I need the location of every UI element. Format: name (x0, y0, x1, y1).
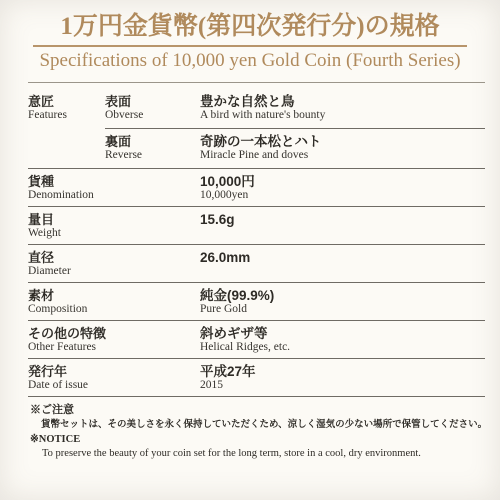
value-cell: 15.6g (200, 212, 485, 240)
label-cell: 発行年 Date of issue (28, 364, 200, 392)
label-english: Diameter (28, 265, 200, 278)
value-english: Miracle Pine and doves (200, 149, 485, 162)
header: 1万円金貨幣(第四次発行分)の規格 Specifications of 10,0… (0, 10, 500, 73)
label-english: Denomination (28, 189, 200, 202)
label-english: Composition (28, 303, 200, 316)
table-row-denomination: 貨種 Denomination 10,000円 10,000yen (28, 169, 485, 207)
label-cell: 量目 Weight (28, 212, 200, 240)
value-english: 2015 (200, 379, 485, 392)
sub-row-obverse: 表面 Obverse 豊かな自然と鳥 A bird with nature's … (105, 83, 485, 128)
value-cell: 平成27年 2015 (200, 364, 485, 392)
value-japanese: 奇跡の一本松とハト (200, 134, 485, 149)
label-japanese: 量目 (28, 212, 200, 227)
table-row-composition: 素材 Composition 純金(99.9%) Pure Gold (28, 283, 485, 321)
side-label-cell: 表面 Obverse (105, 94, 200, 122)
label-english: Other Features (28, 341, 200, 354)
value-japanese: 15.6g (200, 212, 485, 227)
value-japanese: 豊かな自然と鳥 (200, 94, 485, 109)
value-japanese: 26.0mm (200, 250, 485, 265)
side-label-cell: 裏面 Reverse (105, 134, 200, 162)
value-cell: 斜めギザ等 Helical Ridges, etc. (200, 326, 485, 354)
side-japanese: 裏面 (105, 134, 200, 149)
value-japanese: 純金(99.9%) (200, 288, 485, 303)
value-cell: 豊かな自然と鳥 A bird with nature's bounty (200, 94, 485, 122)
table-row-other-features: その他の特徴 Other Features 斜めギザ等 Helical Ridg… (28, 321, 485, 359)
value-cell: 奇跡の一本松とハト Miracle Pine and doves (200, 134, 485, 162)
value-english: A bird with nature's bounty (200, 109, 485, 122)
side-japanese: 表面 (105, 94, 200, 109)
features-label-cell: 意匠 Features (28, 83, 105, 168)
label-japanese: 素材 (28, 288, 200, 303)
label-english: Weight (28, 227, 200, 240)
side-english: Obverse (105, 109, 200, 122)
label-cell: 貨種 Denomination (28, 174, 200, 202)
label-cell: 素材 Composition (28, 288, 200, 316)
title-underline (33, 45, 467, 47)
value-cell: 26.0mm (200, 250, 485, 278)
label-english: Date of issue (28, 379, 200, 392)
label-cell: 直径 Diameter (28, 250, 200, 278)
label-cell: その他の特徴 Other Features (28, 326, 200, 354)
coin-spec-sheet: 1万円金貨幣(第四次発行分)の規格 Specifications of 10,0… (0, 0, 500, 500)
value-cell: 10,000円 10,000yen (200, 174, 485, 202)
value-english: 10,000yen (200, 189, 485, 202)
notice-section: ※ご注意 貨幣セットは、その美しさを永く保持していただくため、涼しく湿気の少ない… (30, 404, 485, 460)
table-row-features: 意匠 Features 表面 Obverse 豊かな自然と鳥 A bird wi… (28, 83, 485, 169)
sub-row-reverse: 裏面 Reverse 奇跡の一本松とハト Miracle Pine and do… (105, 128, 485, 168)
notice-title-japanese: ※ご注意 (30, 404, 485, 417)
spec-table: 意匠 Features 表面 Obverse 豊かな自然と鳥 A bird wi… (28, 82, 485, 397)
notice-body-english: To preserve the beauty of your coin set … (42, 447, 485, 460)
side-english: Reverse (105, 149, 200, 162)
table-row-diameter: 直径 Diameter 26.0mm (28, 245, 485, 283)
table-row-date-of-issue: 発行年 Date of issue 平成27年 2015 (28, 359, 485, 397)
label-japanese: 直径 (28, 250, 200, 265)
page-title-japanese: 1万円金貨幣(第四次発行分)の規格 (0, 10, 500, 44)
value-japanese: 10,000円 (200, 174, 485, 189)
label-english: Features (28, 109, 105, 122)
value-english: Pure Gold (200, 303, 485, 316)
value-japanese: 平成27年 (200, 364, 485, 379)
features-sub-rows: 表面 Obverse 豊かな自然と鳥 A bird with nature's … (105, 83, 485, 168)
page-title-english: Specifications of 10,000 yen Gold Coin (… (0, 48, 500, 73)
table-row-weight: 量目 Weight 15.6g (28, 207, 485, 245)
notice-body-japanese: 貨幣セットは、その美しさを永く保持していただくため、涼しく湿気の少ない場所で保管… (41, 419, 485, 431)
value-japanese: 斜めギザ等 (200, 326, 485, 341)
value-english: Helical Ridges, etc. (200, 341, 485, 354)
value-cell: 純金(99.9%) Pure Gold (200, 288, 485, 316)
notice-title-english: ※NOTICE (30, 433, 485, 446)
label-japanese: 貨種 (28, 174, 200, 189)
label-japanese: その他の特徴 (28, 326, 200, 341)
label-japanese: 意匠 (28, 94, 105, 109)
label-japanese: 発行年 (28, 364, 200, 379)
